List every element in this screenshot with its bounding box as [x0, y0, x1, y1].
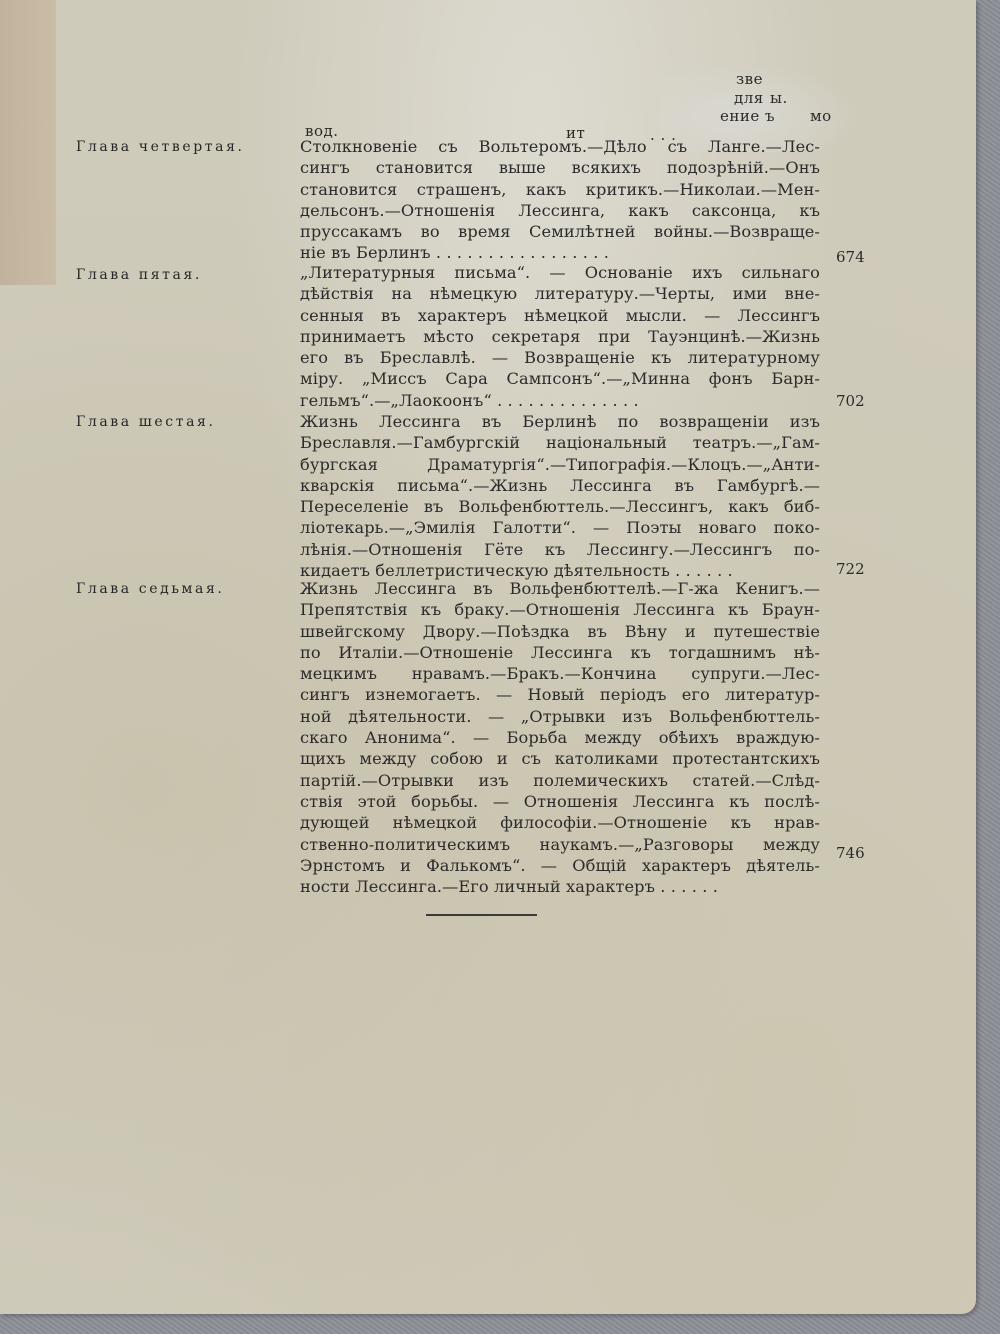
- description-line: принимаетъ мѣсто секретаря при Тауэнцинѣ…: [300, 326, 820, 347]
- description-line: Препятствія къ браку.—Отношенія Лессинга…: [300, 599, 820, 620]
- page-number: 746: [836, 844, 865, 862]
- description-line: становится страшенъ, какъ критикъ.—Никол…: [300, 179, 820, 200]
- description-line: гельмъ“.—„Лаокоонъ“ . . . . . . . . . . …: [300, 390, 820, 411]
- description-line: міру. „Миссъ Сара Сампсонъ“.—„Минна фонъ…: [300, 368, 820, 389]
- description-line: сингъ становится выше всякихъ подозрѣній…: [300, 157, 820, 178]
- description-line: Жизнь Лессинга въ Вольфенбюттелѣ.—Г-жа К…: [300, 578, 820, 599]
- description-line: Эрнстомъ и Фалькомъ“. — Общій характеръ …: [300, 855, 820, 876]
- description-line: ной дѣятельности. — „Отрывки изъ Вольфен…: [300, 706, 820, 727]
- description-line: его въ Бреславлѣ. — Возвращеніе къ литер…: [300, 347, 820, 368]
- description-line: ности Лессинга.—Его личный характеръ . .…: [300, 876, 820, 897]
- description-line: дѣйствія на нѣмецкую литературу.—Черты, …: [300, 283, 820, 304]
- chapter-description: Столкновеніе съ Вольтеромъ.—Дѣло съ Ланг…: [300, 136, 820, 264]
- description-line: дующей нѣмецкой философіи.—Отношеніе къ …: [300, 812, 820, 833]
- description-line: скаго Анонима“. — Борьба между обѣихъ вр…: [300, 727, 820, 748]
- book-page: зве для ы. ение ъ мо вод. ит . . . Глава…: [0, 0, 976, 1314]
- page-number: 674: [836, 248, 865, 266]
- torn-fragment: ение ъ: [720, 107, 775, 125]
- chapter-description: Жизнь Лессинга въ Вольфенбюттелѣ.—Г-жа К…: [300, 578, 820, 897]
- description-line: мецкимъ нравамъ.—Бракъ.—Кончина супруги.…: [300, 663, 820, 684]
- torn-fragment: для: [734, 89, 764, 107]
- page-number: 702: [836, 392, 865, 410]
- page-number: 722: [836, 560, 865, 578]
- torn-fragment: ы.: [770, 89, 788, 107]
- description-line: сенныя въ характеръ нѣмецкой мысли. — Ле…: [300, 305, 820, 326]
- end-rule-divider: [426, 914, 537, 916]
- description-line: пруссакамъ во время Семилѣтней войны.—Во…: [300, 221, 820, 242]
- torn-fragment: мо: [810, 107, 832, 125]
- chapter-title: Глава шестая.: [76, 414, 216, 430]
- description-line: бургская Драматургія“.—Типографія.—Клоцъ…: [300, 454, 820, 475]
- description-line: лѣнія.—Отношенія Гёте къ Лессингу.—Лесси…: [300, 539, 820, 560]
- description-line: по Италіи.—Отношеніе Лессинга къ тогдашн…: [300, 642, 820, 663]
- description-line: щихъ между собою и съ католиками протест…: [300, 748, 820, 769]
- description-line: ліотекарь.—„Эмилія Галотти“. — Поэты нов…: [300, 517, 820, 538]
- description-line: швейгскому Двору.—Поѣздка въ Вѣну и путе…: [300, 621, 820, 642]
- description-line: партій.—Отрывки изъ полемическихъ статей…: [300, 770, 820, 791]
- torn-fragment: зве: [736, 70, 763, 88]
- description-line: „Литературныя письма“. — Основаніе ихъ с…: [300, 262, 820, 283]
- description-line: ствія этой борьбы. — Отношенія Лессинга …: [300, 791, 820, 812]
- description-line: ственно-политическимъ наукамъ.—„Разговор…: [300, 834, 820, 855]
- chapter-description: Жизнь Лессинга въ Берлинѣ по возвращеніи…: [300, 411, 820, 581]
- discolored-spine-strip: [0, 0, 56, 285]
- description-line: Переселеніе въ Вольфенбюттель.—Лессингъ,…: [300, 496, 820, 517]
- chapter-title: Глава пятая.: [76, 267, 202, 283]
- description-line: дельсонъ.—Отношенія Лессинга, какъ саксо…: [300, 200, 820, 221]
- description-line: Бреславля.—Гамбургскій національный теат…: [300, 432, 820, 453]
- chapter-description: „Литературныя письма“. — Основаніе ихъ с…: [300, 262, 820, 411]
- chapter-title: Глава четвертая.: [76, 139, 245, 155]
- description-line: ніе въ Берлинъ . . . . . . . . . . . . .…: [300, 242, 820, 263]
- description-line: Столкновеніе съ Вольтеромъ.—Дѣло съ Ланг…: [300, 136, 820, 157]
- description-line: кварскія письма“.—Жизнь Лессинга въ Гамб…: [300, 475, 820, 496]
- description-line: Жизнь Лессинга въ Берлинѣ по возвращеніи…: [300, 411, 820, 432]
- chapter-title: Глава седьмая.: [76, 581, 224, 597]
- description-line: сингъ изнемогаетъ. — Новый періодъ его л…: [300, 684, 820, 705]
